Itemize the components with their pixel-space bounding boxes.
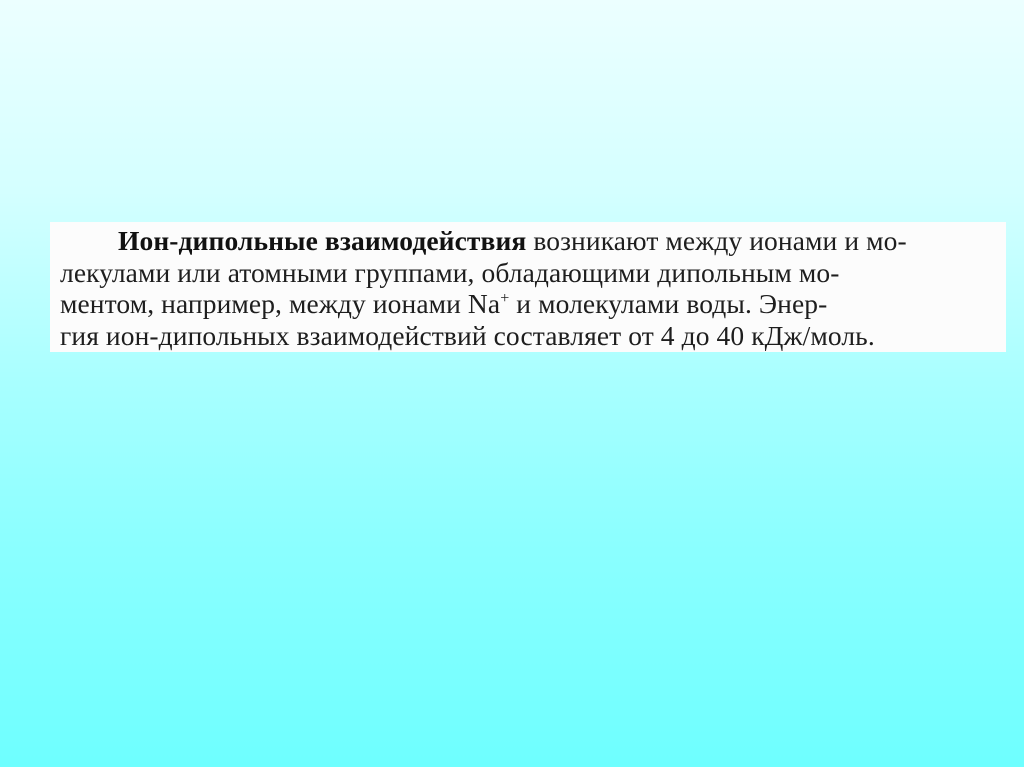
ion-charge: + <box>500 290 509 307</box>
paragraph-line-1: Ион-дипольные взаимодействия возникают м… <box>60 225 998 257</box>
line-1-text: возникают между ионами и мо- <box>526 225 906 256</box>
ion-symbol: Na <box>468 288 500 319</box>
line-3-text: ментом, например, между ионами <box>60 288 468 319</box>
text-excerpt-image: Ион-дипольные взаимодействия возникают м… <box>50 222 1006 352</box>
line-4-text: гия ион-дипольных взаимодействий составл… <box>60 320 875 352</box>
paragraph-line-2: лекулами или атомными группами, обладающ… <box>60 257 998 289</box>
line-2-text: лекулами или атомными группами, обладающ… <box>60 257 839 289</box>
paragraph-line-4: гия ион-дипольных взаимодействий составл… <box>60 320 998 352</box>
defined-term: Ион-дипольные взаимодействия <box>118 225 526 256</box>
paragraph-line-3: ментом, например, между ионами Na+ и мол… <box>60 288 998 320</box>
line-3-tail: и молекулами воды. Энер- <box>509 288 827 319</box>
